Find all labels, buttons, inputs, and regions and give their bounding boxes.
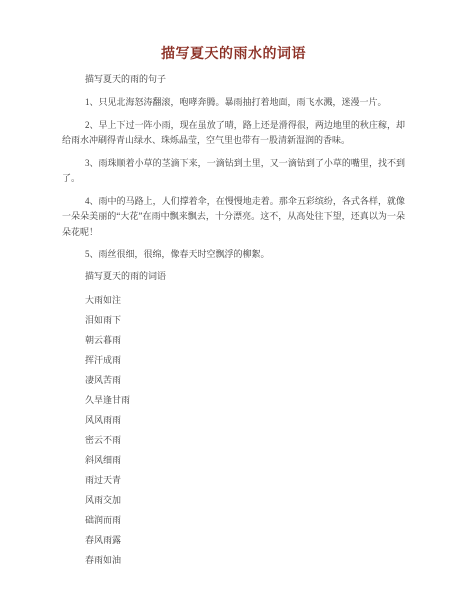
sentence-paragraph: 3、雨珠顺着小草的茎滴下来，一滴钻到土里，又一滴钻到了小草的嘴里，找不到了。	[62, 156, 405, 187]
page-title: 描写夏天的雨水的词语	[62, 46, 405, 63]
word-item: 础润而雨	[85, 510, 405, 530]
sentence-paragraph: 1、只见北海怒涛翻滚，咆哮奔腾。暴雨抽打着地面，雨飞水溅，迷漫一片。	[62, 95, 405, 111]
sentences-heading: 描写夏天的雨的句子	[85, 73, 405, 86]
sentence-paragraph: 5、雨丝很细，很绵，像春天时空飘浮的柳絮。	[62, 247, 405, 263]
word-item: 密云不雨	[85, 430, 405, 450]
sentence-paragraph: 2、早上下过一阵小雨，现在虽放了晴，路上还是滑得很，两边地里的秋庄稼，却给雨水冲…	[62, 118, 405, 149]
sentences-list: 1、只见北海怒涛翻滚，咆哮奔腾。暴雨抽打着地面，雨飞水溅，迷漫一片。2、早上下过…	[62, 95, 405, 263]
words-list: 大雨如注泪如雨下朝云暮雨挥汗成雨凄风苦雨久旱逢甘雨风风雨雨密云不雨斜风细雨雨过天…	[62, 290, 405, 570]
word-item: 挥汗成雨	[85, 350, 405, 370]
word-item: 斜风细雨	[85, 450, 405, 470]
word-item: 泪如雨下	[85, 310, 405, 330]
word-item: 雨过天青	[85, 470, 405, 490]
word-item: 春风雨露	[85, 530, 405, 550]
document-page: 描写夏天的雨水的词语 描写夏天的雨的句子 1、只见北海怒涛翻滚，咆哮奔腾。暴雨抽…	[0, 0, 463, 600]
word-item: 春雨如油	[85, 550, 405, 570]
word-item: 凄风苦雨	[85, 370, 405, 390]
word-item: 朝云暮雨	[85, 330, 405, 350]
word-item: 大雨如注	[85, 290, 405, 310]
sentence-paragraph: 4、雨中的马路上，人们撑着伞，在慢慢地走着。那伞五彩缤纷，各式各样，就像一朵朵美…	[62, 194, 405, 241]
word-item: 风风雨雨	[85, 410, 405, 430]
words-heading: 描写夏天的雨的词语	[85, 270, 405, 283]
word-item: 风雨交加	[85, 490, 405, 510]
word-item: 久旱逢甘雨	[85, 390, 405, 410]
